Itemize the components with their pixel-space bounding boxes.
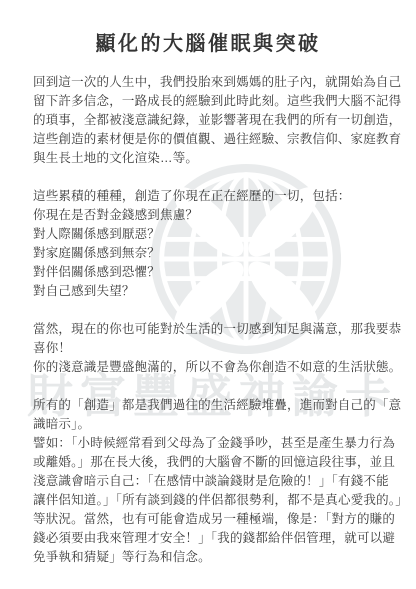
body-paragraph-origin: 回到這一次的人生中，我們投胎來到媽媽的肚子內，就開始為自己 留下許多信念，一路成… bbox=[33, 73, 416, 168]
body-paragraph-congrats: 當然，現在的你也可能對於生活的一切感到知足與滿意，那我要恭 喜你！ 你的淺意識是… bbox=[33, 320, 416, 377]
body-paragraph-questions: 這些累積的種種，創造了你現在正在經歷的一切，包括： 你現在是否對金錢感到焦慮？ … bbox=[33, 187, 416, 301]
guidebook-page: 財富豐盛神諭卡 顯化的大腦催眠與突破 回到這一次的人生中，我們投胎來到媽媽的肚子… bbox=[0, 0, 416, 589]
body-text: 回到這一次的人生中，我們投胎來到媽媽的肚子內，就開始為自己 留下許多信念，一路成… bbox=[33, 73, 416, 586]
body-paragraph-examples: 所有的「創造」都是我們過往的生活經驗堆疊，進而對自己的「意 識暗示」。 譬如：「… bbox=[33, 396, 416, 567]
page-title: 顯化的大腦催眠與突破 bbox=[0, 27, 416, 56]
